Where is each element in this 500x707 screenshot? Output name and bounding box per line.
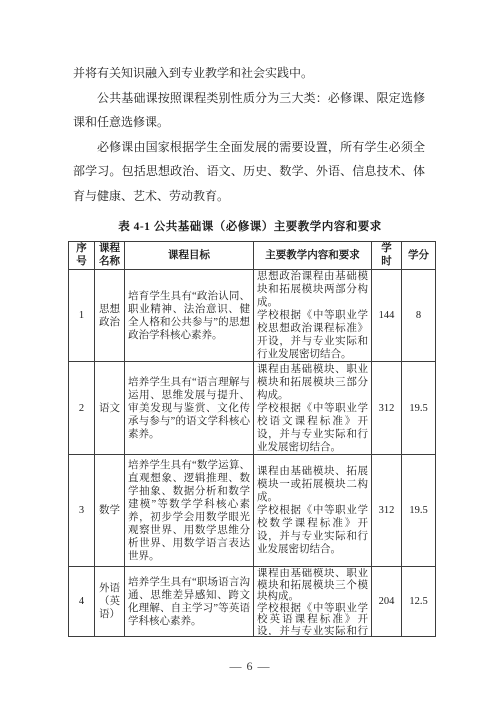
cell-hours: 204 <box>372 567 402 637</box>
page-number-footer: — 6 — <box>0 659 500 674</box>
document-page: 并将有关知识融入到专业教学和社会实践中。 公共基础课按照课程类别性质分为三大类：… <box>0 0 500 707</box>
cell-content: 课程由基础模块、拓展模块一或拓展模块二构成。 学校根据《中等职业学校数学课程标准… <box>254 455 372 567</box>
header-content: 主要教学内容和要求 <box>254 242 372 270</box>
content-paragraph: 学校根据《中等职业学校语文课程标准》开设，并与专业实际和行业发展密切结合。 <box>257 402 368 454</box>
paragraph: 必修课由国家根据学生全面发展的需要设置，所有学生必须全部学习。包括思想政治、语文… <box>73 135 425 209</box>
cell-objectives: 培养学生具有“语言理解与运用、思维发展与提升、审美发现与鉴赏、文化传承与参与”的… <box>125 362 254 455</box>
header-hours: 学时 <box>372 242 402 270</box>
header-credits: 学分 <box>402 242 436 270</box>
table-row: 1 思想政治 培育学生具有“政治认同、职业精神、法治意识、健全人格和公共参与”的… <box>69 270 436 362</box>
cell-content: 课程由基础模块、职业模块和拓展模块三个模块构成。 学校根据《中等职业学校英语课程… <box>254 567 372 637</box>
content-paragraph: 思想政治课程由基础模块和拓展模块两部分构成。 <box>257 270 368 309</box>
header-objectives: 课程目标 <box>125 242 254 270</box>
cell-credits: 12.5 <box>402 567 436 637</box>
cell-course-name: 语文 <box>95 362 125 455</box>
content-paragraph: 学校根据《中等职业学校英语课程标准》开设，并与专业实际和行业发展 <box>257 603 368 635</box>
table-header-row: 序号 课程名称 课程目标 主要教学内容和要求 学时 学分 <box>69 242 436 270</box>
content-paragraph: 课程由基础模块、职业模块和拓展模块三个模块构成。 <box>257 568 368 603</box>
cell-credits: 8 <box>402 270 436 362</box>
header-no: 序号 <box>69 242 95 270</box>
cell-no: 3 <box>69 455 95 567</box>
body-text: 并将有关知识融入到专业教学和社会实践中。 公共基础课按照课程类别性质分为三大类：… <box>73 61 425 208</box>
content-paragraph: 课程由基础模块、职业模块和拓展模块三部分构成。 <box>257 363 368 402</box>
cell-no: 1 <box>69 270 95 362</box>
cell-course-name: 数学 <box>95 455 125 567</box>
cell-objectives: 培养学生具有“职场语言沟通、思维差异感知、跨文化理解、自主学习”等英语学科核心素… <box>125 567 254 637</box>
cell-credits: 19.5 <box>402 362 436 455</box>
clipped-cell-content: 课程由基础模块、职业模块和拓展模块三个模块构成。 学校根据《中等职业学校英语课程… <box>257 568 368 635</box>
cell-no: 2 <box>69 362 95 455</box>
cell-credits: 19.5 <box>402 455 436 567</box>
content-paragraph: 学校根据《中等职业学校思想政治课程标准》开设，并与专业实际和行业发展密切结合。 <box>257 309 368 361</box>
table-row: 3 数学 培养学生具有“数学运算、直观想象、逻辑推理、数学抽象、数据分析和数学建… <box>69 455 436 567</box>
table-row: 4 外语（英语） 培养学生具有“职场语言沟通、思维差异感知、跨文化理解、自主学习… <box>69 567 436 637</box>
cell-content: 思想政治课程由基础模块和拓展模块两部分构成。 学校根据《中等职业学校思想政治课程… <box>254 270 372 362</box>
paragraph: 并将有关知识融入到专业教学和社会实践中。 <box>73 61 425 86</box>
table-caption: 表 4-1 公共基础课（必修课）主要教学内容和要求 <box>0 218 500 234</box>
cell-objectives: 培育学生具有“政治认同、职业精神、法治意识、健全人格和公共参与”的思想政治学科核… <box>125 270 254 362</box>
cell-hours: 312 <box>372 362 402 455</box>
cell-content: 课程由基础模块、职业模块和拓展模块三部分构成。 学校根据《中等职业学校语文课程标… <box>254 362 372 455</box>
course-table: 序号 课程名称 课程目标 主要教学内容和要求 学时 学分 1 思想政治 培育学生… <box>68 241 436 637</box>
paragraph: 公共基础课按照课程类别性质分为三大类：必修课、限定选修课和任意选修课。 <box>73 86 425 135</box>
cell-hours: 144 <box>372 270 402 362</box>
cell-course-name: 思想政治 <box>95 270 125 362</box>
cell-no: 4 <box>69 567 95 637</box>
cell-objectives: 培养学生具有“数学运算、直观想象、逻辑推理、数学抽象、数据分析和数学建模”等数学… <box>125 455 254 567</box>
cell-hours: 312 <box>372 455 402 567</box>
cell-course-name: 外语（英语） <box>95 567 125 637</box>
header-course-name: 课程名称 <box>95 242 125 270</box>
content-paragraph: 学校根据《中等职业学校数学课程标准》开设，并与专业实际和行业发展密切结合。 <box>257 504 368 556</box>
table-row: 2 语文 培养学生具有“语言理解与运用、思维发展与提升、审美发现与鉴赏、文化传承… <box>69 362 436 455</box>
content-paragraph: 课程由基础模块、拓展模块一或拓展模块二构成。 <box>257 465 368 504</box>
